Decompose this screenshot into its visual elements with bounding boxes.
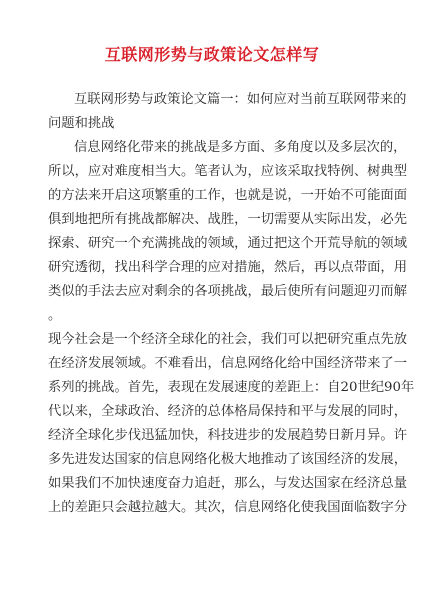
text-line: 问题和挑战 bbox=[48, 112, 378, 136]
text-line: 。 bbox=[48, 304, 378, 328]
text-line: 代以来，全球政治、经济的总体格局保持和平与发展的同时， bbox=[48, 400, 378, 424]
text-line: 系列的挑战。首先，表现在发展速度的差距上：自20世纪90年 bbox=[48, 376, 378, 400]
text-line: 上的差距只会越拉越大。其次，信息网络化使我国面临数字分 bbox=[48, 496, 378, 520]
text-line: 如果我们不加快速度奋力追赶，那么，与发达国家在经济总量 bbox=[48, 472, 378, 496]
document-body: 互联网形势与政策论文篇一：如何应对当前互联网带来的 问题和挑战 信息网络化带来的… bbox=[48, 88, 378, 520]
text-line: 多先进发达国家的信息网络化极大地推动了该国经济的发展， bbox=[48, 448, 378, 472]
document-title: 互联网形势与政策论文怎样写 bbox=[0, 43, 424, 67]
text-line: 在经济发展领域。不难看出，信息网络化给中国经济带来了一 bbox=[48, 352, 378, 376]
text-line: 经济全球化步伐迅猛加快，科技进步的发展趋势日新月异。许 bbox=[48, 424, 378, 448]
document-page: 互联网形势与政策论文怎样写 互联网形势与政策论文篇一：如何应对当前互联网带来的 … bbox=[0, 0, 424, 600]
text-line: 的方法来开启这项繁重的工作，也就是说，一开始不可能面面 bbox=[48, 184, 378, 208]
text-line: 探索、研究一个充满挑战的领域，通过把这个开荒导航的领域 bbox=[48, 232, 378, 256]
text-line: 类似的手法去应对剩余的各项挑战，最后使所有问题迎刃而解 bbox=[48, 280, 378, 304]
text-line: 互联网形势与政策论文篇一：如何应对当前互联网带来的 bbox=[48, 88, 378, 112]
text-line: 研究透彻，找出科学合理的应对措施，然后，再以点带面，用 bbox=[48, 256, 378, 280]
text-line: 俱到地把所有挑战都解决、战胜，一切需要从实际出发，必先 bbox=[48, 208, 378, 232]
text-line: 所以，应对难度相当大。笔者认为，应该采取找特例、树典型 bbox=[48, 160, 378, 184]
text-line: 现今社会是一个经济全球化的社会，我们可以把研究重点先放 bbox=[48, 328, 378, 352]
text-line: 信息网络化带来的挑战是多方面、多角度以及多层次的， bbox=[48, 136, 378, 160]
